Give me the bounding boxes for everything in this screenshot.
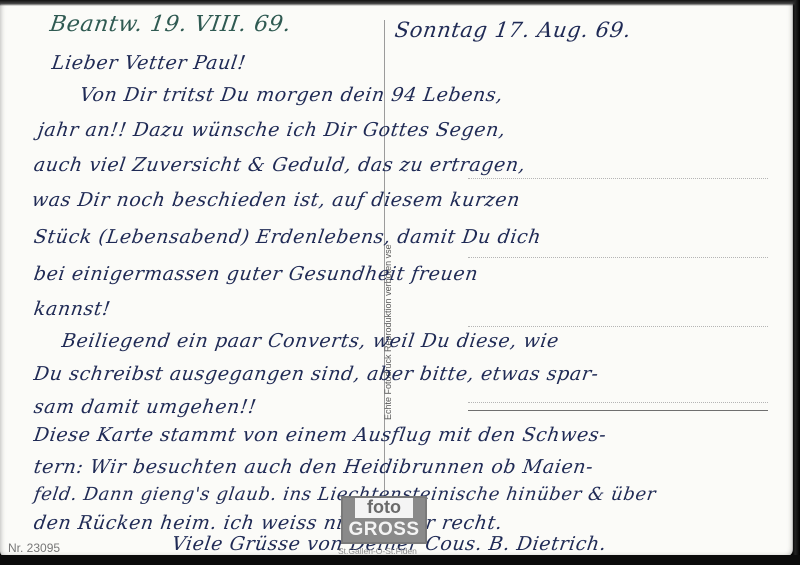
address-line [468,257,768,258]
logo-bottom-text: GROSS [343,520,425,539]
handwritten-line: sam damit umgehen!! [32,396,258,418]
logo-top-text: foto [355,498,413,518]
handwritten-line: Beiliegend ein paar Converts, weil Du di… [60,330,560,352]
reply-date-note: Beantw. 19. VIII. 69. [48,12,293,37]
scan-edge-top [0,0,800,6]
handwritten-line: jahr an!! Dazu wünsche ich Dir Gottes Se… [36,119,507,141]
letter-date: Sonntag 17. Aug. 69. [393,18,632,42]
publisher-logo: foto GROSS [341,496,427,544]
handwritten-line: Von Dir tritst Du morgen dein 94 Lebens, [78,84,504,106]
handwritten-line: bei einigermassen guter Gesundheit freue… [32,263,479,285]
address-line [468,402,768,403]
address-line [468,326,768,327]
salutation: Lieber Vetter Paul! [50,52,247,74]
card-number: Nr. 23095 [8,541,60,555]
handwritten-line: Stück (Lebensabend) Erdenlebens, damit D… [32,226,542,248]
address-line [468,178,768,179]
scan-edge-bottom [0,555,800,565]
handwritten-line: tern: Wir besuchten auch den Heidibrunne… [32,456,594,478]
handwritten-line: Diese Karte stammt von einem Ausflug mit… [32,424,607,446]
handwritten-line: Du schreibst ausgegangen sind, aber bitt… [32,363,600,385]
scan-edge-right [792,0,800,565]
address-line-underline [468,410,768,411]
handwritten-line: was Dir noch beschieden ist, auf diesem … [30,189,521,211]
handwritten-line: den Rücken heim. ich weiss nicht mehr re… [32,512,504,534]
handwritten-line: auch viel Zuversicht & Geduld, das zu er… [32,154,527,176]
handwritten-line: kannst! [32,298,112,320]
postcard-back: Echte Fotodruck Reproduktion verboten vs… [0,0,793,557]
